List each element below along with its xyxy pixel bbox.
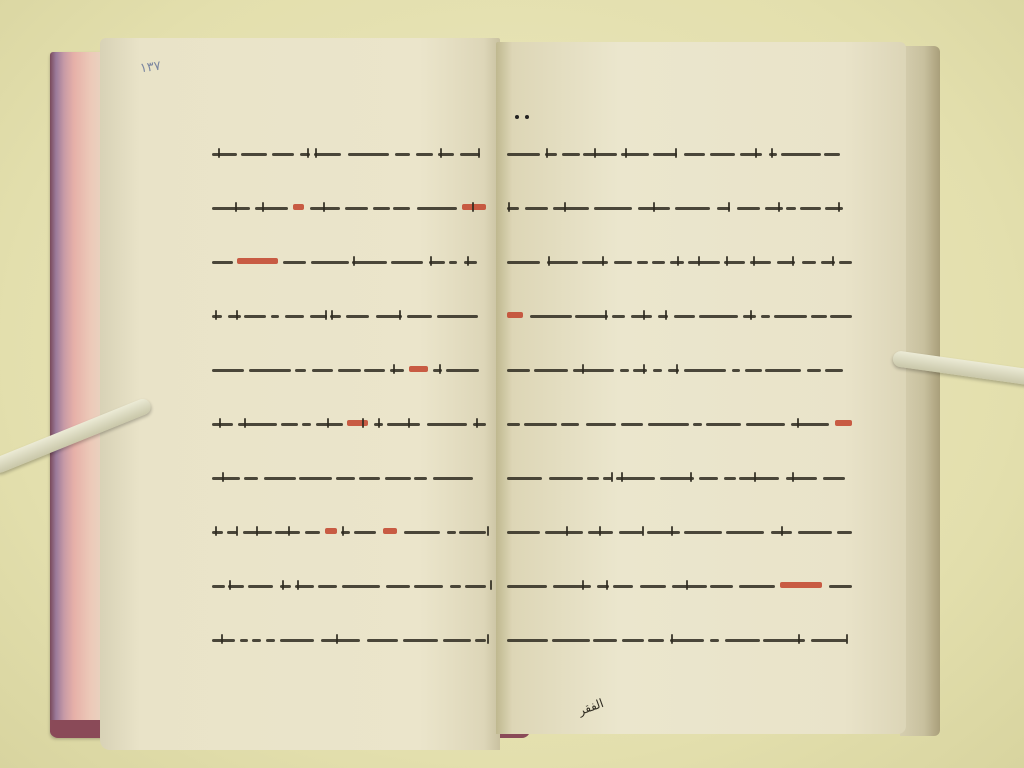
ink-dots [515,115,533,119]
text-line [212,148,486,162]
text-line [212,580,486,594]
text-line [212,472,486,486]
folio-number: ١٣٧ [139,59,162,77]
text-line [507,256,852,270]
text-line [507,364,852,378]
text-line [507,526,852,540]
right-page [496,42,906,734]
text-line [212,634,486,648]
text-line [212,364,486,378]
text-line [212,256,486,270]
text-line [507,634,852,648]
text-line [507,580,852,594]
text-line [507,310,852,324]
text-line [507,418,852,432]
page-block-edge [900,46,940,736]
text-line [212,526,486,540]
text-line [507,202,852,216]
text-line [212,418,486,432]
text-line [507,148,852,162]
text-line [212,202,486,216]
text-line [212,310,486,324]
text-line [507,472,852,486]
